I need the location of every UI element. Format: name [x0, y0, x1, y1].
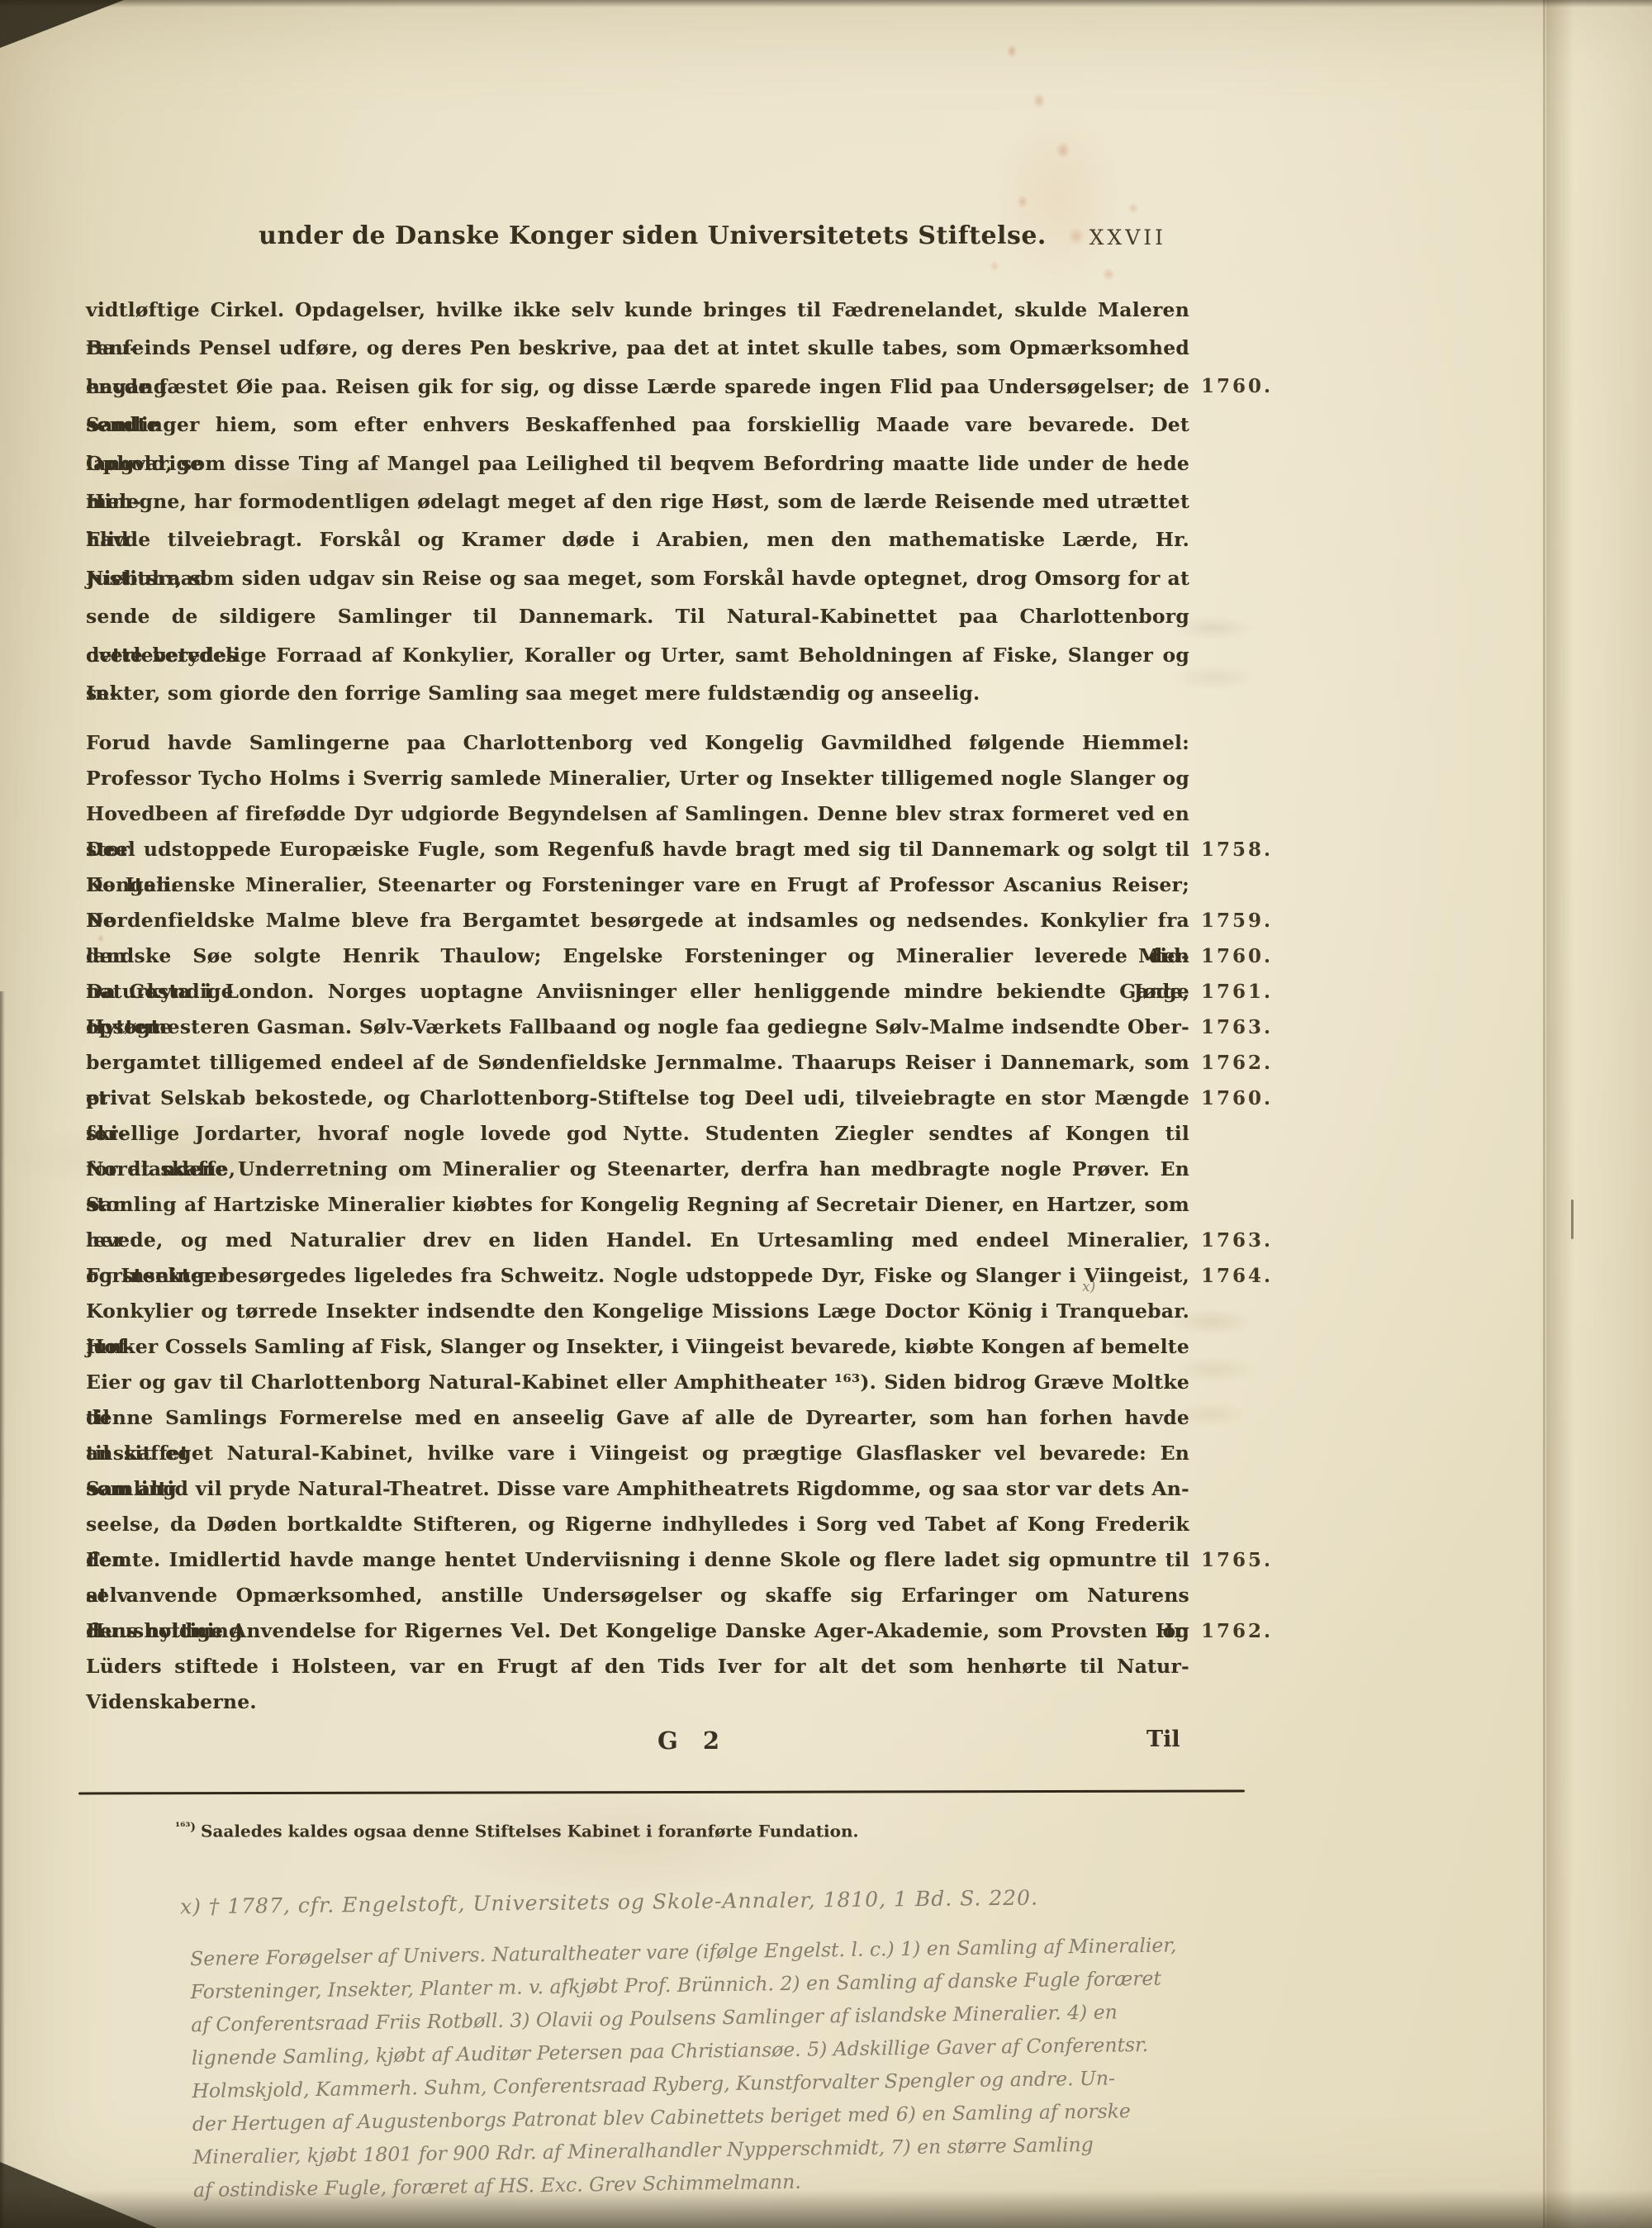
text-line: privat Selskab bekostede, og Charlottenb…	[86, 1081, 1189, 1116]
text-line: Niebuhr, som siden udgav sin Reise og sa…	[86, 559, 1189, 597]
page-header: under de Danske Konger siden Universitet…	[86, 221, 1189, 256]
text-line: Professor Tycho Holms i Sverrig samlede …	[86, 761, 1189, 796]
scanned-book-page: under de Danske Konger siden Universitet…	[0, 0, 1652, 2228]
text-line: Forud havde Samlingerne paa Charlottenbo…	[86, 725, 1189, 761]
margin-year-annotation: 1760.	[1201, 1081, 1308, 1116]
page-top-edge-shadow	[0, 0, 1652, 7]
gathering-signature: G 2	[657, 1727, 728, 1755]
text-line: Da Costa i London. Norges uoptagne Anvii…	[86, 974, 1189, 1009]
text-line: vidtløftige Cirkel. Opdagelser, hvilke i…	[86, 291, 1189, 329]
text-line: Nordenfieldske Malme bleve fra Bergamtet…	[86, 903, 1189, 938]
footnote-rule	[78, 1790, 1245, 1795]
text-line: havde fæstet Øie paa. Reisen gik for sig…	[86, 368, 1189, 406]
text-line: at anvende Opmærksomhed, anstille Unders…	[86, 1578, 1189, 1613]
text-line: Hyttemesteren Gasman. Sølv-Værkets Fallb…	[86, 1009, 1189, 1045]
margin-year-annotation: 1764.	[1201, 1258, 1308, 1294]
text-line: Samlinger hiem, som efter enhvers Beskaf…	[86, 406, 1189, 444]
text-line: sekter, som giorde den forrige Samling s…	[86, 674, 1189, 712]
text-line: skiellige Jordarter, hvoraf nogle lovede…	[86, 1116, 1189, 1152]
body-text-column: vidtløftige Cirkel. Opdagelser, hvilke i…	[86, 291, 1189, 1684]
footnote-marker: ¹⁶³)	[175, 1821, 196, 1834]
text-line: Eier og gav til Charlottenborg Natural-K…	[86, 1365, 1189, 1400]
text-line: dette betydelige Forraad af Konkylier, K…	[86, 636, 1189, 674]
footnote-text: Saaledes kaldes ogsaa denne Stiftelses K…	[201, 1822, 858, 1841]
text-line: for at skaffe Underretning om Mineralier…	[86, 1152, 1189, 1187]
margin-year-annotation: 1760.	[1201, 368, 1308, 406]
handwritten-annotation-block: Senere Forøgelser af Univers. Naturalthe…	[190, 1927, 1267, 2207]
running-title: under de Danske Konger siden Universitet…	[116, 221, 1189, 250]
text-line: dens nyttige Anvendelse for Rigernes Vel…	[86, 1613, 1189, 1649]
text-line: seelse, da Døden bortkaldte Stifteren, o…	[86, 1507, 1189, 1542]
text-line: havde tilveiebragt. Forskål og Kramer dø…	[86, 520, 1189, 558]
catchword: Til	[1146, 1727, 1180, 1752]
text-line: Lüders stiftede i Holsteen, var en Frugt…	[86, 1649, 1189, 1684]
handwritten-reference-note: x) † 1787, cfr. Engelstoft, Universitets…	[180, 1886, 1038, 1919]
margin-ink-mark	[1571, 1200, 1574, 1239]
text-line: Deel udstoppede Europæiske Fugle, som Re…	[86, 832, 1189, 867]
text-line: denne Samlings Formerelse med en anseeli…	[86, 1400, 1189, 1436]
margin-year-annotation: 1758.	[1201, 832, 1308, 867]
margin-year-annotation: 1765.	[1201, 1542, 1308, 1578]
paragraph-1: vidtløftige Cirkel. Opdagelser, hvilke i…	[86, 291, 1189, 674]
page-crease	[1543, 0, 1545, 2228]
margin-year-annotation: 1762.	[1201, 1045, 1308, 1081]
page-number: XXVII	[1089, 226, 1166, 249]
text-line: melegne, har formodentligen ødelagt mege…	[86, 482, 1189, 520]
page-bottom-edge-shadow	[0, 2190, 1652, 2228]
text-line: Samling af Hartziske Mineralier kiøbtes …	[86, 1187, 1189, 1223]
text-line: til sit eget Natural-Kabinet, hvilke var…	[86, 1436, 1189, 1471]
page-left-edge-shadow	[0, 991, 5, 2228]
text-line: og Insekter besørgedes ligeledes fra Sch…	[86, 1258, 1189, 1294]
text-line: bergamtet tilligemed endeel af de Sønden…	[86, 1045, 1189, 1081]
margin-year-annotation: 1760.	[1201, 938, 1308, 974]
margin-year-annotation: 1759.	[1201, 903, 1308, 938]
page-right-edge	[1546, 0, 1652, 2228]
paper-sheet: under de Danske Konger siden Universitet…	[0, 0, 1652, 2228]
printed-footnote: ¹⁶³)Saaledes kaldes ogsaa denne Stiftels…	[175, 1821, 1166, 1841]
margin-year-annotation: 1763.	[1201, 1223, 1308, 1258]
text-line: som altid vil pryde Natural-Theatret. Di…	[86, 1471, 1189, 1507]
margin-year-annotation: 1763.	[1201, 1009, 1308, 1045]
margin-year-annotation: 1762.	[1201, 1613, 1308, 1649]
text-line: Ophold, som disse Ting af Mangel paa Lei…	[86, 444, 1189, 482]
text-line: junker Cossels Samling af Fisk, Slanger …	[86, 1329, 1189, 1365]
pencil-footnote-marker: x)	[1082, 1279, 1095, 1295]
margin-year-annotation: 1761.	[1201, 974, 1308, 1009]
text-line: Hovedbeen af firefødde Dyr udgiorde Begy…	[86, 796, 1189, 832]
text-line: sende de sildigere Samlinger til Dannema…	[86, 597, 1189, 635]
paragraph-2: Forud havde Samlingerne paa Charlottenbo…	[86, 725, 1189, 1684]
text-line: levede, og med Naturalier drev en liden …	[86, 1223, 1189, 1258]
text-line: De Italienske Mineralier, Steenarter og …	[86, 867, 1189, 903]
text-line: renfeinds Pensel udføre, og deres Pen be…	[86, 329, 1189, 367]
text-line: landske Søe solgte Henrik Thaulow; Engel…	[86, 938, 1189, 974]
text-line: Konkylier og tørrede Insekter indsendte …	[86, 1294, 1189, 1329]
text-line: Femte. Imidlertid havde mange hentet Und…	[86, 1542, 1189, 1578]
scan-corner-top-left	[0, 0, 124, 48]
